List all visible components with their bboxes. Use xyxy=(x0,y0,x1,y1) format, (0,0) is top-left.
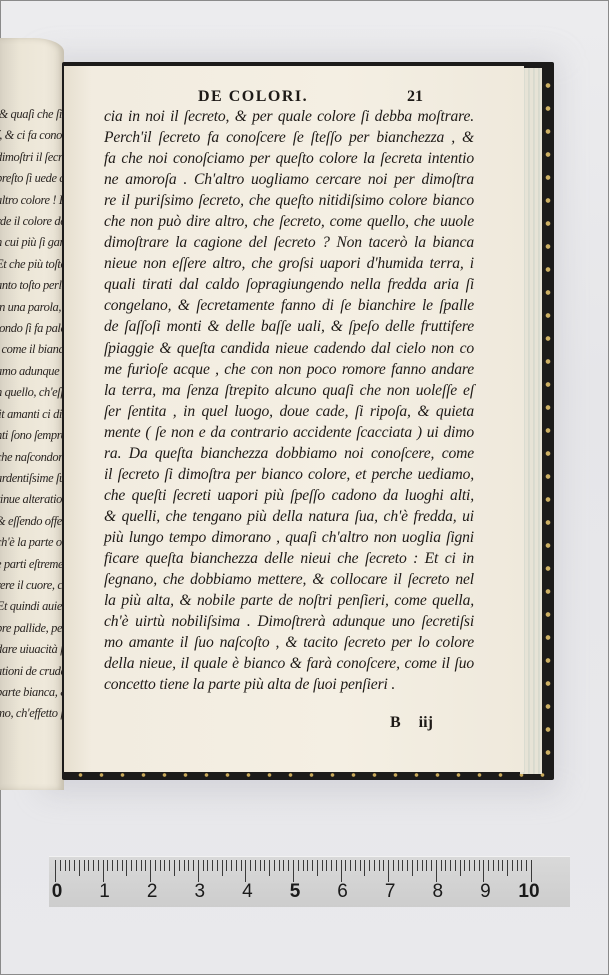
ruler-tick xyxy=(336,860,337,871)
ruler-tick xyxy=(498,860,499,871)
ruler-tick xyxy=(360,860,361,871)
ruler-tick xyxy=(322,860,323,871)
text-line: ch'è uirtù nobiliſsima . Dimoſtrerà adun… xyxy=(104,611,474,632)
ruler-tick xyxy=(207,860,208,871)
ruler-tick xyxy=(355,860,356,871)
ruler-label: 8 xyxy=(433,881,444,903)
left-page-line: e parti eſtreme, xyxy=(0,554,62,575)
ruler-tick xyxy=(198,860,199,882)
ruler-tick xyxy=(493,860,494,871)
ruler-tick xyxy=(298,860,299,871)
ruler-label: 10 xyxy=(518,881,539,903)
left-page-line: parte bianca, & xyxy=(0,682,62,703)
left-page-line: & eſſendo offeſi xyxy=(0,511,62,532)
ruler-tick xyxy=(326,860,327,871)
ruler-tick xyxy=(74,860,75,871)
ruler-tick xyxy=(69,860,70,871)
ruler-tick xyxy=(65,860,66,871)
ruler-tick xyxy=(350,860,351,871)
ruler-tick xyxy=(293,860,294,882)
left-page-line: n cui più ſi gar xyxy=(0,232,62,253)
left-page-line: ſ, & ci fa cono xyxy=(0,125,62,146)
ruler-tick xyxy=(279,860,280,871)
ruler-tick xyxy=(236,860,237,871)
ruler-tick xyxy=(398,860,399,871)
left-page-line: dare uiuacità ſi xyxy=(0,639,62,660)
ruler-label: 4 xyxy=(242,881,253,903)
ruler-tick xyxy=(250,860,251,871)
text-line: ſpiaggie & queſta candida nieue cadendo … xyxy=(104,338,474,359)
left-page-text: & quaſi che ſiſ, & ci fa conodimoſtri il… xyxy=(0,104,62,725)
left-page-line: Et quindi auie xyxy=(0,596,62,617)
ruler-tick xyxy=(507,860,508,876)
text-line: della nieue, il quale è bianco & farà co… xyxy=(104,653,474,674)
text-line: quali tirati dal caldo ſopragiungendo ne… xyxy=(104,274,474,295)
ruler-tick xyxy=(93,860,94,871)
ruler-tick xyxy=(364,860,365,876)
text-line: ra. Da queſta bianchezza dobbiamo noi co… xyxy=(104,443,474,464)
left-page-line: amo adunque il xyxy=(0,361,62,382)
ruler-tick xyxy=(260,860,261,871)
ruler-tick xyxy=(136,860,137,871)
ruler-tick xyxy=(512,860,513,871)
left-page-line: rere il cuore, co xyxy=(0,575,62,596)
ruler-tick xyxy=(160,860,161,871)
ruler-tick xyxy=(131,860,132,871)
ruler-tick xyxy=(174,860,175,876)
ruler-ticks xyxy=(55,860,531,882)
left-page-line: & quaſi che ſi xyxy=(0,104,62,125)
ruler-tick xyxy=(150,860,151,882)
ruler-label: 3 xyxy=(195,881,206,903)
ruler-tick xyxy=(383,860,384,871)
ruler-tick xyxy=(483,860,484,882)
ruler-tick xyxy=(179,860,180,871)
text-line: ſegnano, che dobbiamo mettere, & colloca… xyxy=(104,569,474,590)
ruler-tick xyxy=(393,860,394,871)
left-page-line: it amanti ci di xyxy=(0,404,62,425)
text-line: de ſaſſoſi monti & delle baſſe uali, & ſ… xyxy=(104,316,474,337)
left-page-line: tondo ſi fa pale xyxy=(0,318,62,339)
ruler-tick xyxy=(388,860,389,882)
ruler-tick xyxy=(274,860,275,871)
ruler-tick xyxy=(188,860,189,871)
ruler-tick xyxy=(521,860,522,871)
text-line: il ſecreto ſi dimoſtra per bianco colore… xyxy=(104,464,474,485)
ruler-tick xyxy=(141,860,142,871)
ruler-tick xyxy=(517,860,518,871)
ruler-tick xyxy=(255,860,256,871)
scale-ruler: 012345678910 xyxy=(49,856,570,907)
ruler-tick xyxy=(245,860,246,882)
ruler-tick xyxy=(345,860,346,871)
ruler-label: 7 xyxy=(385,881,396,903)
ruler-tick xyxy=(307,860,308,871)
left-page-line: in una parola, ſi xyxy=(0,297,62,318)
ruler-tick xyxy=(241,860,242,871)
ruler-tick xyxy=(55,860,56,882)
text-line: che queſti ſecreti uapori più ſpeſſo cad… xyxy=(104,485,474,506)
left-page-line: Et che più toſto xyxy=(0,254,62,275)
ruler-tick xyxy=(222,860,223,876)
ruler-tick xyxy=(426,860,427,871)
text-line: dimoſtrare la cagione del ſecreto ? Non … xyxy=(104,232,474,253)
ruler-tick xyxy=(479,860,480,871)
ruler-tick xyxy=(374,860,375,871)
ruler-tick xyxy=(436,860,437,882)
ruler-tick xyxy=(369,860,370,871)
ruler-tick xyxy=(502,860,503,871)
ruler-tick xyxy=(269,860,270,876)
ruler-tick xyxy=(526,860,527,871)
body-text: cia in noi il ſecreto, & per quale color… xyxy=(104,106,474,695)
text-line: mente ( ſe non e da contrario accidente … xyxy=(104,422,474,443)
ruler-tick xyxy=(450,860,451,871)
ruler-tick xyxy=(312,860,313,871)
left-page-line: mo, ch'effetto ſa xyxy=(0,703,62,724)
ruler-tick xyxy=(193,860,194,871)
ruler-tick xyxy=(107,860,108,871)
text-line: nieue non eſſere altro, che groſsi uapor… xyxy=(104,253,474,274)
ruler-tick xyxy=(217,860,218,871)
ruler-tick xyxy=(126,860,127,876)
ruler-tick xyxy=(283,860,284,871)
text-line: re il puriſsimo ſecreto, che queſto niti… xyxy=(104,190,474,211)
gilt-tooling-bottom-edge xyxy=(66,771,552,779)
ruler-label: 2 xyxy=(147,881,158,903)
text-line: ſer ſentita , in quel luogo, doue cade, … xyxy=(104,401,474,422)
left-page-line: ch'è la parte ou xyxy=(0,532,62,553)
text-line: Perch'il ſecreto fa conoſcere ſe ſteſſo … xyxy=(104,127,474,148)
ruler-tick xyxy=(464,860,465,871)
ruler-tick xyxy=(155,860,156,871)
ruler-tick xyxy=(169,860,170,871)
ruler-label: 6 xyxy=(337,881,348,903)
ruler-label: 0 xyxy=(52,881,63,903)
text-line: la più alta, & nobile parte de noſtri pe… xyxy=(104,590,474,611)
ruler-tick xyxy=(212,860,213,871)
left-page-line: preſto ſi uede co xyxy=(0,168,62,189)
ruler-tick xyxy=(531,860,532,882)
text-line: cia in noi il ſecreto, & per quale color… xyxy=(104,106,474,127)
left-page: & quaſi che ſiſ, & ci fa conodimoſtri il… xyxy=(0,38,64,790)
ruler-tick xyxy=(60,860,61,871)
ruler-tick xyxy=(445,860,446,871)
text-line: concetto tiene la parte più alta de ſuoi… xyxy=(104,674,474,695)
text-line: me furioſe acque , che con non poco romo… xyxy=(104,359,474,380)
ruler-tick xyxy=(88,860,89,871)
left-page-line: pre pallide, per xyxy=(0,618,62,639)
text-line: che non può dire altro, che ſecreto, com… xyxy=(104,211,474,232)
ruler-tick xyxy=(303,860,304,871)
ruler-tick xyxy=(417,860,418,871)
ruler-tick xyxy=(431,860,432,871)
ruler-tick xyxy=(112,860,113,871)
text-line: fa che noi conoſciamo per queſto colore … xyxy=(104,148,474,169)
text-line: congelano, & ſecretamente fanno di ſe bi… xyxy=(104,295,474,316)
ruler-tick xyxy=(122,860,123,871)
left-page-line: altro colore ! Et xyxy=(0,190,62,211)
text-line: mo amante il ſuo naſcoſto , & tacito ſec… xyxy=(104,632,474,653)
text-line: & quelli, che tengano più della natura ſ… xyxy=(104,506,474,527)
page-number: 21 xyxy=(407,88,423,106)
left-page-line: anto toſto perle xyxy=(0,275,62,296)
gilt-tooling-right-edge xyxy=(544,70,552,770)
left-page-line: rde il colore del xyxy=(0,211,62,232)
ruler-label: 1 xyxy=(99,881,110,903)
ruler-tick xyxy=(469,860,470,871)
ruler-tick xyxy=(341,860,342,882)
ruler-tick xyxy=(288,860,289,871)
ruler-tick xyxy=(474,860,475,871)
text-line: la terra, ma ſenza ſtrepito alcuno quaſi… xyxy=(104,380,474,401)
ruler-tick xyxy=(460,860,461,876)
ruler-tick xyxy=(226,860,227,871)
left-page-line: nti ſono ſempre xyxy=(0,425,62,446)
text-line: ficare queſta bianchezza delle nieui che… xyxy=(104,548,474,569)
ruler-tick xyxy=(331,860,332,871)
ruler-tick xyxy=(79,860,80,876)
left-page-line: tinue alteratio xyxy=(0,489,62,510)
ruler-tick xyxy=(488,860,489,871)
ruler-label: 5 xyxy=(290,881,301,903)
ruler-tick xyxy=(164,860,165,871)
left-page-line: n quello, ch'eſſo xyxy=(0,382,62,403)
left-page-line: che naſcondono xyxy=(0,447,62,468)
ruler-tick xyxy=(264,860,265,871)
right-page: DE COLORI. 21 cia in noi il ſecreto, & p… xyxy=(64,66,524,772)
ruler-tick xyxy=(455,860,456,871)
ruler-tick xyxy=(317,860,318,876)
ruler-tick xyxy=(103,860,104,882)
ruler-tick xyxy=(98,860,99,871)
ruler-tick xyxy=(402,860,403,871)
ruler-tick xyxy=(117,860,118,871)
ruler-label: 9 xyxy=(480,881,491,903)
left-page-line: dimoſtri il ſecre xyxy=(0,147,62,168)
text-line: ne amoroſa . Ch'altro uogliamo cercare n… xyxy=(104,169,474,190)
ruler-tick xyxy=(231,860,232,871)
ruler-tick xyxy=(184,860,185,871)
ruler-tick xyxy=(441,860,442,871)
ruler-tick xyxy=(203,860,204,871)
text-line: più lungo tempo dimorano , quaſi ch'altr… xyxy=(104,527,474,548)
running-head: DE COLORI. xyxy=(198,88,308,106)
left-page-line: , come il bianco xyxy=(0,339,62,360)
signature-mark: B iij xyxy=(390,714,433,732)
ruler-tick xyxy=(379,860,380,871)
ruler-tick xyxy=(145,860,146,871)
ruler-tick xyxy=(412,860,413,876)
ruler-tick xyxy=(422,860,423,871)
left-page-line: ardentiſsime ſu xyxy=(0,468,62,489)
left-page-line: ationi de crudeli xyxy=(0,661,62,682)
ruler-tick xyxy=(407,860,408,871)
ruler-tick xyxy=(84,860,85,871)
